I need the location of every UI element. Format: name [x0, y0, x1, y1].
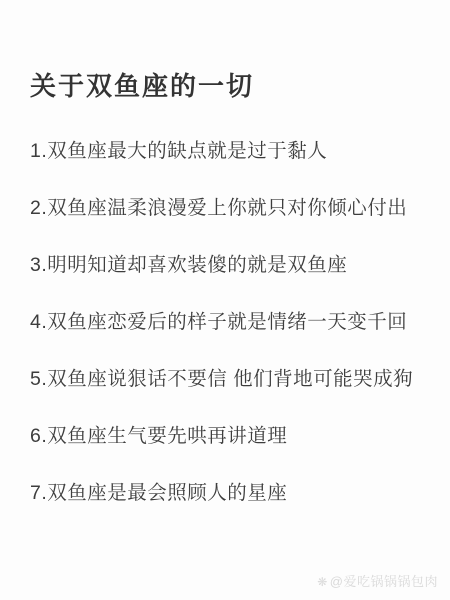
watermark-text: @爱吃锅锅锅包肉 — [330, 574, 438, 590]
list-item: 5.双鱼座说狠话不要信 他们背地可能哭成狗 — [30, 366, 422, 392]
text-card: 关于双鱼座的一切 1.双鱼座最大的缺点就是过于黏人 2.双鱼座温柔浪漫爱上你就只… — [0, 0, 450, 600]
page-title: 关于双鱼座的一切 — [30, 70, 422, 102]
watermark: ❋ @爱吃锅锅锅包肉 — [317, 574, 438, 590]
list-item: 4.双鱼座恋爱后的样子就是情绪一天变千回 — [30, 309, 422, 335]
list-item: 3.明明知道却喜欢装傻的就是双鱼座 — [30, 252, 422, 278]
card-content: 关于双鱼座的一切 1.双鱼座最大的缺点就是过于黏人 2.双鱼座温柔浪漫爱上你就只… — [0, 0, 450, 506]
list-item: 7.双鱼座是最会照顾人的星座 — [30, 480, 422, 506]
list-item: 1.双鱼座最大的缺点就是过于黏人 — [30, 138, 422, 164]
sparkle-icon: ❋ — [317, 574, 328, 590]
list-item: 6.双鱼座生气要先哄再讲道理 — [30, 423, 422, 449]
list-item: 2.双鱼座温柔浪漫爱上你就只对你倾心付出 — [30, 195, 422, 221]
